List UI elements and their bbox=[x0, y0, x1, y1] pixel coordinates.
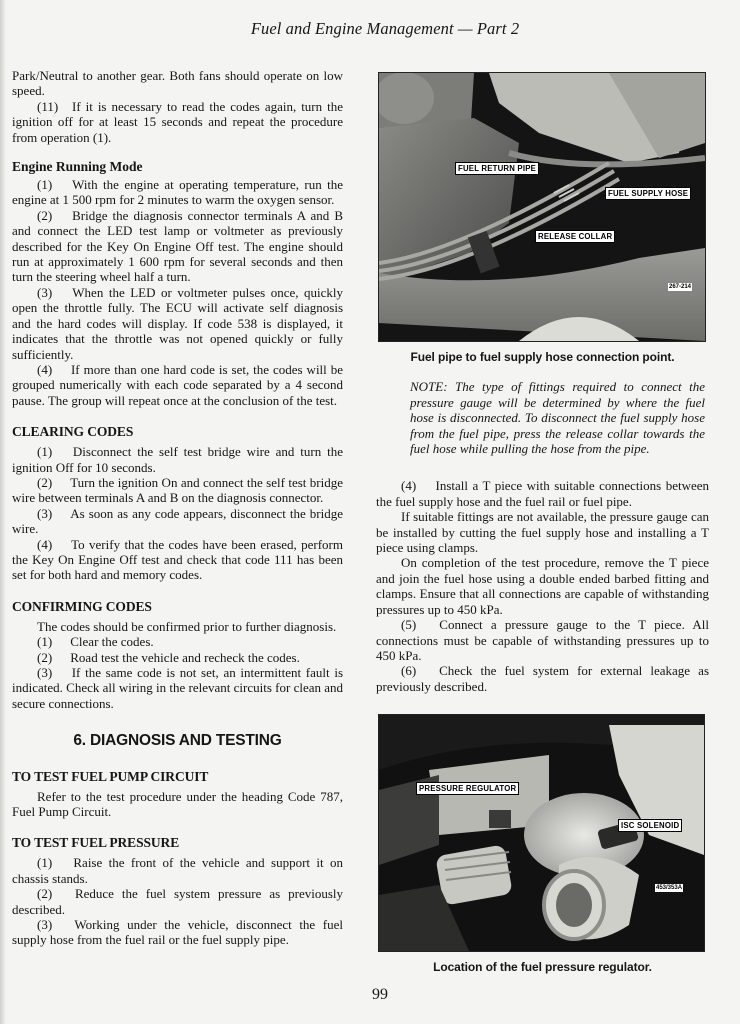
step-item: (2) Road test the vehicle and recheck th… bbox=[12, 650, 343, 665]
note-paragraph: NOTE: The type of fittings required to c… bbox=[410, 379, 705, 456]
step-number: (3) bbox=[37, 917, 67, 932]
heading-clearing-codes: CLEARING CODES bbox=[12, 424, 343, 440]
step-number: (11) bbox=[37, 99, 67, 114]
step-text: Road test the vehicle and recheck the co… bbox=[70, 650, 300, 665]
figure-caption: Fuel pipe to fuel supply hose connection… bbox=[376, 350, 709, 365]
heading-fuel-pump-circuit: TO TEST FUEL PUMP CIRCUIT bbox=[12, 769, 343, 785]
step-item: (2) Turn the ignition On and connect the… bbox=[12, 475, 343, 506]
heading-fuel-pressure: TO TEST FUEL PRESSURE bbox=[12, 835, 343, 851]
step-item: (11) If it is necessary to read the code… bbox=[12, 99, 343, 145]
step-number: (1) bbox=[37, 634, 67, 649]
left-column: Park/Neutral to another gear. Both fans … bbox=[12, 68, 343, 948]
paragraph: On completion of the test procedure, rem… bbox=[376, 555, 709, 617]
paragraph: The codes should be confirmed prior to f… bbox=[12, 619, 343, 634]
heading-confirming-codes: CONFIRMING CODES bbox=[12, 599, 343, 615]
figure-caption: Location of the fuel pressure regulator. bbox=[376, 960, 709, 975]
step-item: (4) Install a T piece with suitable conn… bbox=[376, 478, 709, 509]
step-number: (2) bbox=[37, 475, 67, 490]
figure-reference-number: 267-214 bbox=[668, 283, 692, 291]
step-item: (1) Disconnect the self test bridge wire… bbox=[12, 444, 343, 475]
step-item: (2) Reduce the fuel system pressure as p… bbox=[12, 886, 343, 917]
label-isc-solenoid: ISC SOLENOID bbox=[618, 819, 682, 832]
step-item: (3) As soon as any code appears, disconn… bbox=[12, 506, 343, 537]
paragraph: If suitable fittings are not available, … bbox=[376, 509, 709, 555]
step-item: (4) If more than one hard code is set, t… bbox=[12, 362, 343, 408]
running-head: Fuel and Engine Management — Part 2 bbox=[0, 19, 740, 39]
step-number: (1) bbox=[37, 177, 67, 192]
label-pressure-regulator: PRESSURE REGULATOR bbox=[416, 782, 519, 795]
figure-reference-number: 453/353A bbox=[655, 884, 683, 892]
paragraph: Park/Neutral to another gear. Both fans … bbox=[12, 68, 343, 99]
step-number: (3) bbox=[37, 285, 67, 300]
step-number: (4) bbox=[401, 478, 431, 493]
step-number: (2) bbox=[37, 208, 67, 223]
step-item: (3) Working under the vehicle, disconnec… bbox=[12, 917, 343, 948]
step-item: (1) Clear the codes. bbox=[12, 634, 343, 649]
engine-bay-photo-illustration bbox=[379, 73, 705, 341]
step-item: (4) To verify that the codes have been e… bbox=[12, 537, 343, 583]
label-fuel-return-pipe: FUEL RETURN PIPE bbox=[455, 162, 539, 175]
right-column: FUEL RETURN PIPE FUEL SUPPLY HOSE RELEAS… bbox=[376, 72, 709, 976]
step-item: (1) Raise the front of the vehicle and s… bbox=[12, 855, 343, 886]
step-number: (3) bbox=[37, 506, 67, 521]
step-item: (6) Check the fuel system for external l… bbox=[376, 663, 709, 694]
label-fuel-supply-hose: FUEL SUPPLY HOSE bbox=[605, 187, 691, 200]
step-number: (5) bbox=[401, 617, 431, 632]
step-number: (4) bbox=[37, 537, 67, 552]
step-item: (3) If the same code is not set, an inte… bbox=[12, 665, 343, 711]
step-number: (3) bbox=[37, 665, 67, 680]
step-number: (2) bbox=[37, 650, 67, 665]
step-number: (4) bbox=[37, 362, 67, 377]
step-number: (6) bbox=[401, 663, 431, 678]
label-release-collar: RELEASE COLLAR bbox=[535, 230, 615, 243]
engine-intake-photo-illustration bbox=[379, 715, 704, 951]
step-number: (1) bbox=[37, 855, 67, 870]
page-number: 99 bbox=[0, 986, 740, 1004]
step-item: (3) When the LED or voltmeter pulses onc… bbox=[12, 285, 343, 362]
step-number: (1) bbox=[37, 444, 67, 459]
step-text: Clear the codes. bbox=[70, 634, 153, 649]
step-number: (2) bbox=[37, 886, 67, 901]
page-edge-shadow bbox=[0, 0, 6, 1024]
step-item: (2) Bridge the diagnosis connector termi… bbox=[12, 208, 343, 285]
step-item: (1) With the engine at operating tempera… bbox=[12, 177, 343, 208]
figure-pressure-regulator-photo: PRESSURE REGULATOR ISC SOLENOID 453/353A bbox=[378, 714, 705, 952]
figure-fuel-pipe-photo: FUEL RETURN PIPE FUEL SUPPLY HOSE RELEAS… bbox=[378, 72, 706, 342]
step-item: (5) Connect a pressure gauge to the T pi… bbox=[376, 617, 709, 663]
subheading-engine-running-mode: Engine Running Mode bbox=[12, 159, 343, 175]
paragraph: Refer to the test procedure under the he… bbox=[12, 789, 343, 820]
section-heading-diagnosis-testing: 6. DIAGNOSIS AND TESTING bbox=[12, 733, 343, 748]
